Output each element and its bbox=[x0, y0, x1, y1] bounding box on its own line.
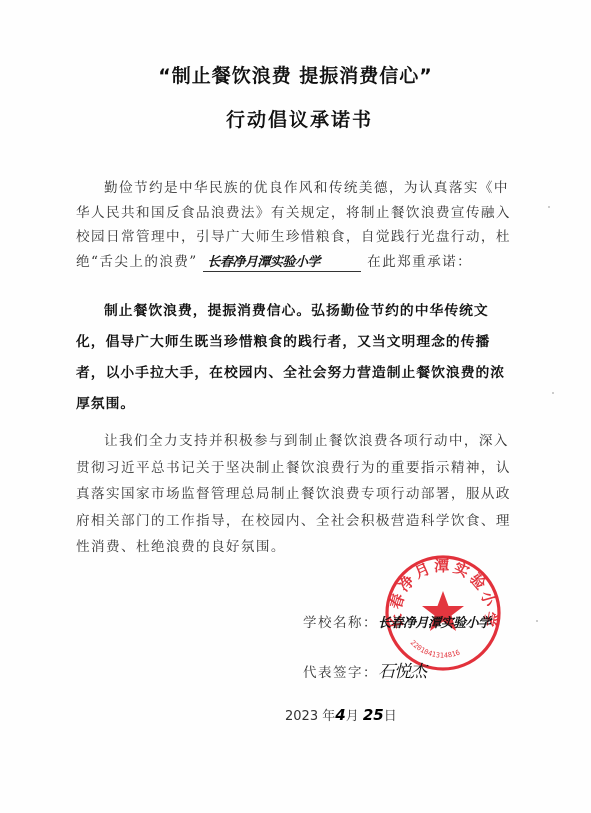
document-page: “制止餐饮浪费 提振消费信心” 行动倡议承诺书 勤俭节约是中华民族的优良作风和传… bbox=[0, 0, 591, 813]
representative-signature-row: 代表签字：石悦杰 bbox=[303, 657, 426, 682]
paragraph-call-to-action-text: 让我们全力支持并积极参与到制止餐饮浪费各项行动中，深入贯彻习近平总书记关于坚决制… bbox=[76, 433, 511, 555]
scan-speck bbox=[548, 206, 550, 208]
date-day-suffix: 日 bbox=[384, 709, 397, 724]
representative-label: 代表签字： bbox=[303, 665, 378, 681]
date-row: 2023 年4月 25日 bbox=[285, 705, 397, 724]
scan-speck bbox=[536, 620, 538, 622]
school-name-handwritten: 长春净月潭实验小学 bbox=[378, 616, 491, 631]
date-day: 25 bbox=[363, 706, 384, 724]
document-title-line1: “制止餐饮浪费 提振消费信心” bbox=[0, 61, 591, 88]
date-month: 4 bbox=[335, 706, 345, 724]
paragraph-intro: 勤俭节约是中华民族的优良作风和传统美德，为认真落实《中华人民共和国反食品浪费法》… bbox=[76, 176, 516, 274]
paragraph-call-to-action: 让我们全力支持并积极参与到制止餐饮浪费各项行动中，深入贯彻习近平总书记关于坚决制… bbox=[76, 428, 516, 561]
paragraph-commitment-text: 制止餐饮浪费，提振消费信心。弘扬勤俭节约的中华传统文化，倡导广大师生既当珍惜粮食… bbox=[76, 303, 505, 412]
handwritten-school-name: 长春净月潭实验小学 bbox=[203, 255, 361, 272]
date-year: 2023 bbox=[285, 709, 318, 724]
document-title-line2: 行动倡议承诺书 bbox=[0, 105, 591, 132]
scan-speck bbox=[552, 392, 554, 394]
date-month-suffix: 月 bbox=[346, 709, 359, 724]
paragraph-commitment: 制止餐饮浪费，提振消费信心。弘扬勤俭节约的中华传统文化，倡导广大师生既当珍惜粮食… bbox=[76, 296, 516, 420]
school-name-label: 学校名称： bbox=[303, 615, 378, 631]
representative-signature: 石悦杰 bbox=[378, 662, 426, 682]
school-name-row: 学校名称：长春净月潭实验小学 bbox=[303, 611, 491, 631]
date-year-suffix: 年 bbox=[322, 709, 335, 724]
paragraph-intro-ending: 在此郑重承诺： bbox=[367, 254, 472, 270]
